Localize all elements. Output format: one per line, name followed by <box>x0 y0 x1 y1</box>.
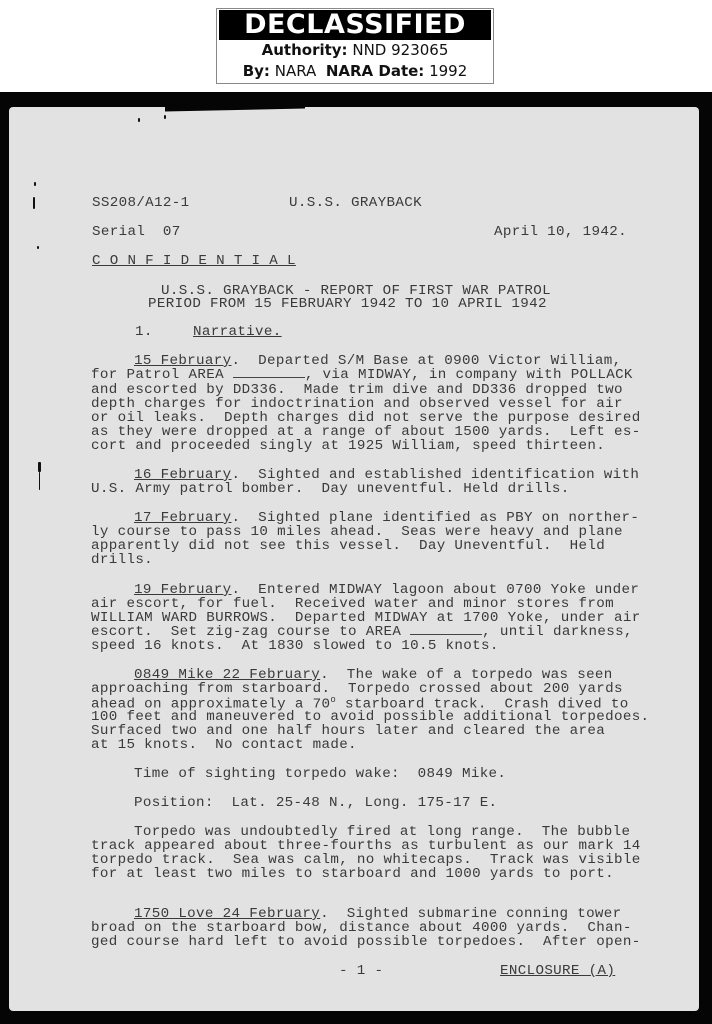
stamp-title: DECLASSIFIED <box>219 10 491 40</box>
speck <box>34 182 36 186</box>
stamp-by-date: By: NARA NARA Date: 1992 <box>217 61 493 82</box>
speck <box>37 246 39 249</box>
speck <box>33 197 35 209</box>
speck <box>39 472 40 490</box>
declassified-stamp: DECLASSIFIED Authority: NND 923065 By: N… <box>216 8 494 84</box>
torpedo-sighting-time: Time of sighting torpedo wake: 0849 Mike… <box>134 766 506 782</box>
classification: C O N F I D E N T I A L <box>92 253 296 269</box>
torpedo-position: Position: Lat. 25-48 N., Long. 175-17 E. <box>134 795 497 811</box>
ship-name: U.S.S. GRAYBACK <box>289 195 422 211</box>
report-title-line2: PERIOD FROM 15 FEBRUARY 1942 TO 10 APRIL… <box>148 296 547 312</box>
speck <box>164 115 166 119</box>
speck <box>138 118 140 122</box>
file-code: SS208/A12-1 <box>92 195 190 211</box>
section-number: 1. <box>135 324 153 340</box>
document-date: April 10, 1942. <box>494 224 627 240</box>
stamp-authority: Authority: NND 923065 <box>217 40 493 61</box>
redacted-area-blank <box>410 624 482 635</box>
page-number: - 1 - <box>339 963 383 979</box>
section-title: Narrative. <box>193 324 282 340</box>
speck <box>38 462 41 472</box>
serial-number: Serial 07 <box>92 224 181 240</box>
enclosure-label: ENCLOSURE (A) <box>500 963 615 979</box>
redacted-area-blank <box>233 367 305 378</box>
